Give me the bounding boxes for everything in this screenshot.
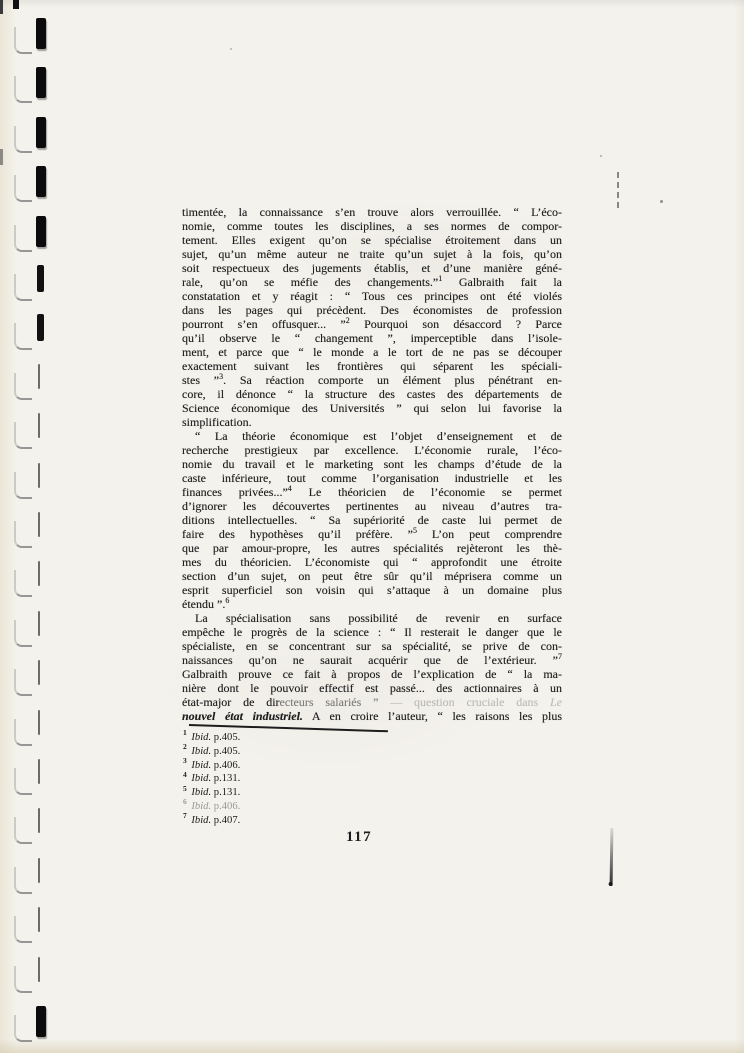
footnote-ibid: Ibid.	[191, 815, 211, 826]
scan-speck	[230, 48, 232, 50]
binding-ink-mark	[38, 957, 40, 982]
footnote-ibid: Ibid.	[191, 801, 211, 812]
binding-ink-mark	[36, 166, 46, 197]
text-line: simplification.	[182, 415, 562, 429]
text-segment: faire des hypothèses qu’il préfère. ”	[182, 527, 413, 541]
binding-ink-mark	[38, 463, 40, 488]
text-segment: Galbraith prouve ce fait à propos de l’e…	[182, 667, 562, 681]
footnote-number: 2	[183, 742, 187, 751]
text-line: sujet, qu’un même auteur ne traite qu’un…	[182, 247, 562, 261]
scan-artifact-edge	[0, 149, 3, 165]
text-line: empêche le progrès de la science : “ Il …	[182, 625, 562, 639]
binding-hole-mark	[0, 463, 56, 505]
footnote-page: p.405.	[211, 732, 240, 743]
binding-hole-mark	[0, 660, 56, 702]
binding-hole-mark	[0, 314, 56, 356]
text-line: que par amour-propre, les autres spécial…	[182, 541, 562, 555]
scanned-page: timentée, la connaissance s’en trouve al…	[0, 0, 744, 1053]
text-line: nomie du travail et le marketing sont le…	[182, 457, 562, 471]
binding-hole-mark	[0, 858, 56, 900]
footnote: 4 Ibid. p.131.	[183, 772, 240, 786]
binding-ink-mark	[38, 413, 40, 438]
text-line: mes du théoricien. L’économiste qui “ ap…	[182, 555, 562, 569]
text-segment: esprit superficiel son voisin qui s’atta…	[182, 583, 562, 597]
binding-hole-shadow	[14, 422, 32, 449]
footnote: 5 Ibid. p.131.	[183, 786, 240, 800]
footnote-page: p.131.	[211, 787, 240, 798]
text-line: esprit superficiel son voisin qui s’atta…	[182, 583, 562, 597]
text-segment: pourront s’en offusquer... ”	[182, 317, 346, 331]
footnotes: 1 Ibid. p.405.2 Ibid. p.405.3 Ibid. p.40…	[183, 731, 240, 828]
binding-hole-shadow	[14, 570, 32, 597]
text-segment: dans les pages qui précèdent. Des économ…	[182, 303, 562, 317]
text-line: rale, qu’on se méfie des changements.”1 …	[182, 275, 562, 289]
text-segment: ditions intellectuelles. “ Sa supériorit…	[182, 513, 562, 527]
text-segment: “ La théorie économique est l’objet d’en…	[195, 429, 562, 443]
binding-ink-mark	[36, 117, 46, 148]
paragraph: “ La théorie économique est l’objet d’en…	[182, 429, 562, 611]
binding-hole-shadow	[14, 1015, 32, 1042]
binding-hole-mark	[0, 117, 56, 159]
text-line: caste inférieure, tout comme l’organisat…	[182, 471, 562, 485]
text-line: “ La théorie économique est l’objet d’en…	[182, 429, 562, 443]
text-segment: état-major de dir	[182, 695, 280, 709]
text-line: nouvel état industriel. A en croire l’au…	[182, 709, 562, 723]
text-segment: finances privées...”	[182, 485, 288, 499]
footnote-number: 5	[183, 784, 187, 793]
paragraph: La spécialisation sans possibilité de re…	[182, 611, 562, 723]
text-segment: Science économique des Universités ” qui…	[182, 401, 562, 415]
binding-ink-mark	[38, 808, 40, 833]
footnote-page: p.406.	[211, 760, 240, 771]
text-line: soit respectueux des jugements établis, …	[182, 261, 562, 275]
text-line: timentée, la connaissance s’en trouve al…	[182, 205, 562, 219]
binding-hole-shadow	[14, 225, 32, 252]
binding-ink-mark	[38, 611, 40, 636]
binding-hole-shadow	[14, 27, 32, 54]
footnote-page: p.406.	[211, 801, 240, 812]
text-segment: tement. Elles exigent qu’on se spécialis…	[182, 233, 562, 247]
text-line: stes ”3. Sa réaction comporte un élément…	[182, 373, 562, 387]
binding-hole-shadow	[14, 719, 32, 746]
binding-hole-mark	[0, 808, 56, 850]
text-line: tement. Elles exigent qu’on se spécialis…	[182, 233, 562, 247]
text-segment: nouvel état industriel.	[182, 709, 303, 723]
text-line: Science économique des Universités ” qui…	[182, 401, 562, 415]
text-segment: mes du théoricien. L’économiste qui “ ap…	[182, 555, 562, 569]
text-line: core, il dénonce “ la structure des cast…	[182, 387, 562, 401]
text-line: d’ignorer les découvertes pertinentes au…	[182, 499, 562, 513]
binding-hole-mark	[0, 413, 56, 455]
text-segment: rale, qu’on se méfie des changements.”	[182, 275, 438, 289]
binding-hole-shadow	[14, 620, 32, 647]
text-segment: nomie, comme toutes les disciplines, a s…	[182, 219, 562, 233]
binding-ink-mark	[38, 512, 40, 537]
scan-artifact-edge	[0, 0, 3, 14]
text-line: ment, et parce que “ le monde a le tort …	[182, 345, 562, 359]
binding-ink-mark	[38, 660, 40, 685]
binding-hole-mark	[0, 67, 56, 109]
text-line: ditions intellectuelles. “ Sa supériorit…	[182, 513, 562, 527]
text-segment: timentée, la connaissance s’en trouve al…	[182, 205, 562, 219]
binding-ink-mark	[37, 265, 44, 292]
footnote: 7 Ibid. p.407.	[183, 814, 240, 828]
text-line: qu’il observe le “ changement ”, imperce…	[182, 331, 562, 345]
binding-hole-mark	[0, 364, 56, 406]
text-segment: caste inférieure, tout comme l’organisat…	[182, 471, 562, 485]
text-segment: — question cruciale dans	[390, 695, 550, 709]
text-segment: exactement suivant les frontières qui sé…	[182, 359, 562, 373]
text-line: nière dont le pouvoir effectif est passé…	[182, 681, 562, 695]
text-segment: ecteurs salariés ”	[280, 695, 391, 709]
footnote-ibid: Ibid.	[191, 746, 211, 757]
binding-hole-shadow	[14, 373, 32, 400]
paragraph: timentée, la connaissance s’en trouve al…	[182, 205, 562, 429]
pen-mark-artifact	[610, 828, 613, 886]
binding-ink-mark	[38, 759, 40, 784]
footnote-number: 1	[183, 728, 187, 737]
text-line: dans les pages qui précèdent. Des économ…	[182, 303, 562, 317]
binding-hole-mark	[0, 907, 56, 949]
binding-hole-shadow	[14, 521, 32, 548]
text-line: spécialiste, en se concentrant sur sa sp…	[182, 639, 562, 653]
text-segment: L’on peut comprendre	[417, 527, 562, 541]
footnote-number: 6	[183, 797, 187, 806]
text-line: constatation et y réagit : “ Tous ces pr…	[182, 289, 562, 303]
binding-hole-shadow	[14, 175, 32, 202]
binding-ink-mark	[38, 710, 40, 735]
page-number: 117	[346, 829, 372, 846]
scan-artifact-corner	[13, 0, 19, 9]
text-segment: simplification.	[182, 415, 252, 429]
footnote-reference: 6	[225, 596, 229, 605]
binding-hole-mark	[0, 611, 56, 653]
binding-hole-shadow	[14, 669, 32, 696]
scan-speck	[660, 200, 663, 203]
binding-hole-mark	[0, 265, 56, 307]
binding-hole-mark	[0, 18, 56, 60]
text-line: pourront s’en offusquer... ”2 Pourquoi s…	[182, 317, 562, 331]
text-segment: . Sa réaction comporte un élément plus p…	[223, 373, 562, 387]
binding-ink-mark	[38, 561, 40, 586]
text-segment: sujet, qu’un même auteur ne traite qu’un…	[182, 247, 562, 261]
binding-hole-shadow	[14, 768, 32, 795]
footnote-page: p.131.	[211, 773, 240, 784]
footnote-number: 4	[183, 770, 187, 779]
text-segment: nière dont le pouvoir effectif est passé…	[182, 681, 562, 695]
text-segment: core, il dénonce “ la structure des cast…	[182, 387, 562, 401]
scan-speck	[600, 155, 602, 157]
footnote-page: p.407.	[211, 815, 240, 826]
binding-hole-mark	[0, 561, 56, 603]
text-line: état-major de directeurs salariés ” — qu…	[182, 695, 562, 709]
text-segment: qu’il observe le “ changement ”, imperce…	[182, 331, 562, 345]
text-line: naissances qu’on ne saurait acquérir que…	[182, 653, 562, 667]
text-segment: A en croire l’auteur, “ les raisons les …	[303, 709, 562, 723]
binding-strip	[0, 0, 62, 1053]
text-segment: empêche le progrès de la science : “ Il …	[182, 625, 562, 639]
text-line: recherche prestigieux par excellence. L’…	[182, 443, 562, 457]
text-line: La spécialisation sans possibilité de re…	[182, 611, 562, 625]
binding-ink-mark	[36, 216, 46, 247]
binding-hole-shadow	[14, 126, 32, 153]
binding-hole-shadow	[14, 817, 32, 844]
text-segment: ment, et parce que “ le monde a le tort …	[182, 345, 562, 359]
binding-ink-mark	[36, 1006, 46, 1037]
binding-hole-shadow	[14, 323, 32, 350]
text-segment: La spécialisation sans possibilité de re…	[195, 611, 562, 625]
footnote: 2 Ibid. p.405.	[183, 745, 240, 759]
text-segment: soit respectueux des jugements établis, …	[182, 261, 562, 275]
text-segment: section d’un sujet, on peut être sûr qu’…	[182, 569, 562, 583]
footnote-ibid: Ibid.	[191, 773, 211, 784]
binding-ink-mark	[36, 18, 46, 49]
text-segment: étendu ”.	[182, 597, 225, 611]
text-line: Galbraith prouve ce fait à propos de l’e…	[182, 667, 562, 681]
binding-ink-mark	[36, 67, 46, 98]
text-segment: recherche prestigieux par excellence. L’…	[182, 443, 562, 457]
text-segment: nomie du travail et le marketing sont le…	[182, 457, 562, 471]
binding-hole-shadow	[14, 867, 32, 894]
text-segment: naissances qu’on ne saurait acquérir que…	[182, 653, 558, 667]
text-segment: Pourquoi son désaccord ? Parce	[350, 317, 562, 331]
footnote-page: p.405.	[211, 746, 240, 757]
binding-ink-mark	[38, 364, 40, 389]
footnote-ibid: Ibid.	[191, 732, 211, 743]
text-segment: que par amour-propre, les autres spécial…	[182, 541, 562, 555]
text-line: exactement suivant les frontières qui sé…	[182, 359, 562, 373]
text-segment: spécialiste, en se concentrant sur sa sp…	[182, 639, 562, 653]
binding-hole-mark	[0, 1006, 56, 1048]
footnote: 3 Ibid. p.406.	[183, 759, 240, 773]
binding-hole-shadow	[14, 966, 32, 993]
binding-hole-mark	[0, 216, 56, 258]
footnote: 1 Ibid. p.405.	[183, 731, 240, 745]
binding-hole-shadow	[14, 274, 32, 301]
text-line: nomie, comme toutes les disciplines, a s…	[182, 219, 562, 233]
text-segment: Le théoricien de l’économie se permet	[292, 485, 562, 499]
binding-hole-mark	[0, 957, 56, 999]
text-line: étendu ”.6	[182, 597, 562, 611]
binding-hole-shadow	[14, 916, 32, 943]
footnote-reference: 7	[558, 652, 562, 661]
text-line: finances privées...”4 Le théoricien de l…	[182, 485, 562, 499]
binding-hole-mark	[0, 759, 56, 801]
footnote-ibid: Ibid.	[191, 760, 211, 771]
body-text: timentée, la connaissance s’en trouve al…	[182, 205, 562, 723]
text-segment: Le	[550, 695, 562, 709]
text-segment: stes ”	[182, 373, 219, 387]
binding-hole-shadow	[14, 76, 32, 103]
binding-ink-mark	[38, 907, 40, 932]
scan-artifact-dashes	[617, 172, 619, 208]
text-line: section d’un sujet, on peut être sûr qu’…	[182, 569, 562, 583]
binding-hole-mark	[0, 710, 56, 752]
text-segment: d’ignorer les découvertes pertinentes au…	[182, 499, 562, 513]
binding-hole-mark	[0, 512, 56, 554]
footnote-number: 3	[183, 756, 187, 765]
binding-ink-mark	[38, 858, 40, 883]
binding-hole-mark	[0, 166, 56, 208]
text-segment: Galbraith fait la	[442, 275, 562, 289]
binding-hole-shadow	[14, 472, 32, 499]
footnote-ibid: Ibid.	[191, 787, 211, 798]
footnote: 6 Ibid. p.406.	[183, 800, 240, 814]
text-line: faire des hypothèses qu’il préfère. ”5 L…	[182, 527, 562, 541]
text-segment: constatation et y réagit : “ Tous ces pr…	[182, 289, 562, 303]
binding-ink-mark	[37, 314, 44, 341]
